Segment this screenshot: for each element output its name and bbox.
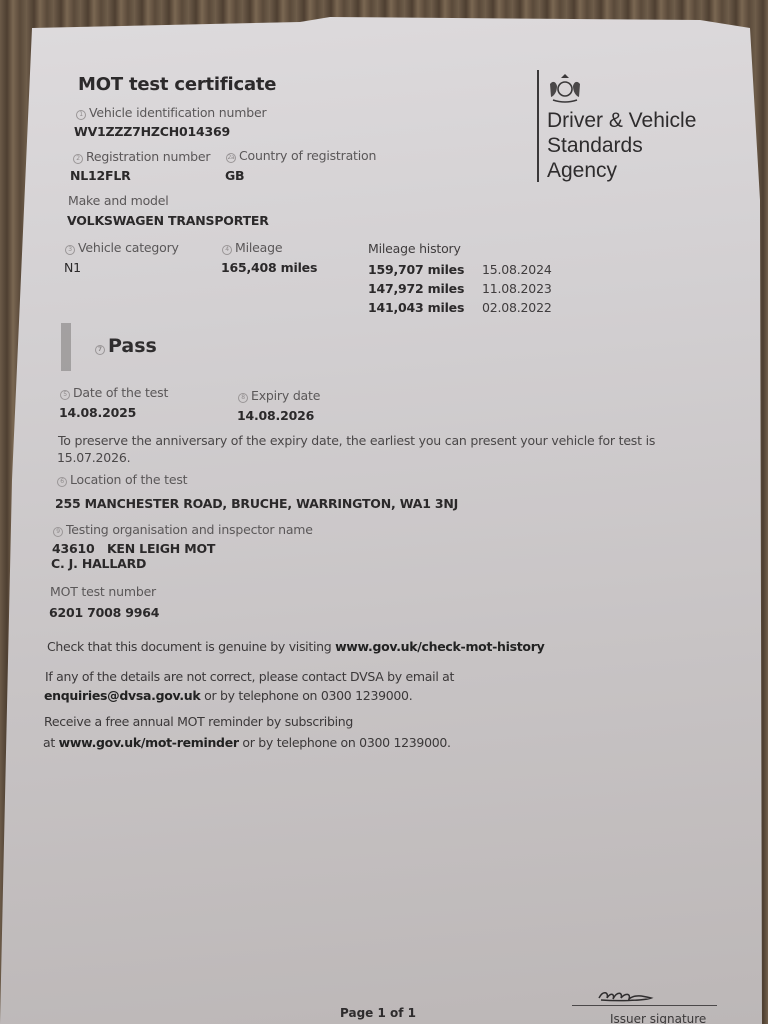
logo-divider bbox=[537, 70, 539, 182]
dvsa-email-link[interactable]: enquiries@dvsa.gov.uk bbox=[44, 688, 200, 703]
anniversary-note-line1: To preserve the anniversary of the expir… bbox=[58, 433, 655, 448]
field-number-marker-icon: 9 bbox=[53, 527, 63, 537]
field-number-marker-icon: 2a bbox=[226, 153, 236, 163]
field-number-marker-icon: 4 bbox=[222, 245, 232, 255]
contact-note-line2: enquiries@dvsa.gov.uk or by telephone on… bbox=[44, 688, 412, 703]
organisation-label: 9Testing organisation and inspector name bbox=[53, 522, 313, 537]
field-number-marker-icon: 2 bbox=[73, 154, 83, 164]
field-number-marker-icon: 5 bbox=[60, 390, 70, 400]
field-number-marker-icon: 1 bbox=[76, 110, 86, 120]
registration-label: 2Registration number bbox=[73, 149, 210, 164]
organisation-line1: 43610 KEN LEIGH MOT bbox=[52, 541, 215, 556]
test-date-label: 5Date of the test bbox=[60, 385, 168, 400]
mileage-history-miles: 141,043 miles bbox=[368, 300, 464, 315]
registration-value: NL12FLR bbox=[70, 168, 131, 183]
make-model-value: VOLKSWAGEN TRANSPORTER bbox=[67, 213, 269, 228]
mot-reminder-link[interactable]: www.gov.uk/mot-reminder bbox=[59, 735, 239, 750]
vin-label: 1Vehicle identification number bbox=[76, 105, 266, 120]
mileage-history-date: 15.08.2024 bbox=[482, 262, 552, 277]
expiry-date-value: 14.08.2026 bbox=[237, 408, 314, 423]
anniversary-note-line2: 15.07.2026. bbox=[57, 450, 130, 465]
check-mot-history-link[interactable]: www.gov.uk/check-mot-history bbox=[335, 639, 544, 654]
make-model-label: Make and model bbox=[68, 193, 169, 208]
mileage-history-miles: 147,972 miles bbox=[368, 281, 464, 296]
test-date-value: 14.08.2025 bbox=[59, 405, 136, 420]
mileage-label: 4Mileage bbox=[222, 240, 282, 255]
location-address: 255 MANCHESTER ROAD, BRUCHE, WARRINGTON,… bbox=[55, 496, 458, 511]
mileage-history-label: Mileage history bbox=[368, 241, 461, 256]
genuine-check-note: Check that this document is genuine by v… bbox=[47, 639, 544, 654]
field-number-marker-icon: 6 bbox=[57, 477, 67, 487]
expiry-date-label: 8Expiry date bbox=[238, 388, 320, 403]
result-status: 7Pass bbox=[95, 335, 157, 357]
test-number-value: 6201 7008 9964 bbox=[49, 605, 159, 620]
vin-value: WV1ZZZ7HZCH014369 bbox=[74, 124, 230, 139]
contact-note-line1: If any of the details are not correct, p… bbox=[45, 669, 454, 684]
reminder-note-line1: Receive a free annual MOT reminder by su… bbox=[44, 714, 353, 729]
dvsa-logo-text: Driver & Vehicle Standards Agency bbox=[547, 108, 696, 183]
vehicle-category-label: 3Vehicle category bbox=[65, 240, 179, 255]
mileage-value: 165,408 miles bbox=[221, 260, 317, 275]
mileage-history-date: 11.08.2023 bbox=[482, 281, 552, 296]
page-indicator: Page 1 of 1 bbox=[340, 1006, 416, 1020]
vehicle-category-value: N1 bbox=[64, 260, 81, 275]
country-value: GB bbox=[225, 168, 244, 183]
royal-coat-of-arms-icon bbox=[545, 72, 585, 104]
reminder-note-line2: at www.gov.uk/mot-reminder or by telepho… bbox=[43, 735, 451, 750]
issuer-signature-label: Issuer signature bbox=[610, 1012, 706, 1024]
issuer-signature-mark bbox=[595, 988, 655, 1004]
mot-certificate: MOT test certificate Driver & Vehicle St… bbox=[0, 0, 768, 1024]
mileage-history-date: 02.08.2022 bbox=[482, 300, 552, 315]
field-number-marker-icon: 8 bbox=[238, 393, 248, 403]
result-indicator-bar bbox=[61, 323, 71, 371]
signature-line bbox=[572, 1005, 717, 1006]
test-number-label: MOT test number bbox=[50, 584, 156, 599]
mileage-history-miles: 159,707 miles bbox=[368, 262, 464, 277]
inspector-name: C. J. HALLARD bbox=[51, 556, 146, 571]
country-label: 2aCountry of registration bbox=[226, 148, 376, 163]
field-number-marker-icon: 7 bbox=[95, 345, 105, 355]
document-title: MOT test certificate bbox=[78, 74, 276, 95]
location-label: 6Location of the test bbox=[57, 472, 187, 487]
field-number-marker-icon: 3 bbox=[65, 245, 75, 255]
